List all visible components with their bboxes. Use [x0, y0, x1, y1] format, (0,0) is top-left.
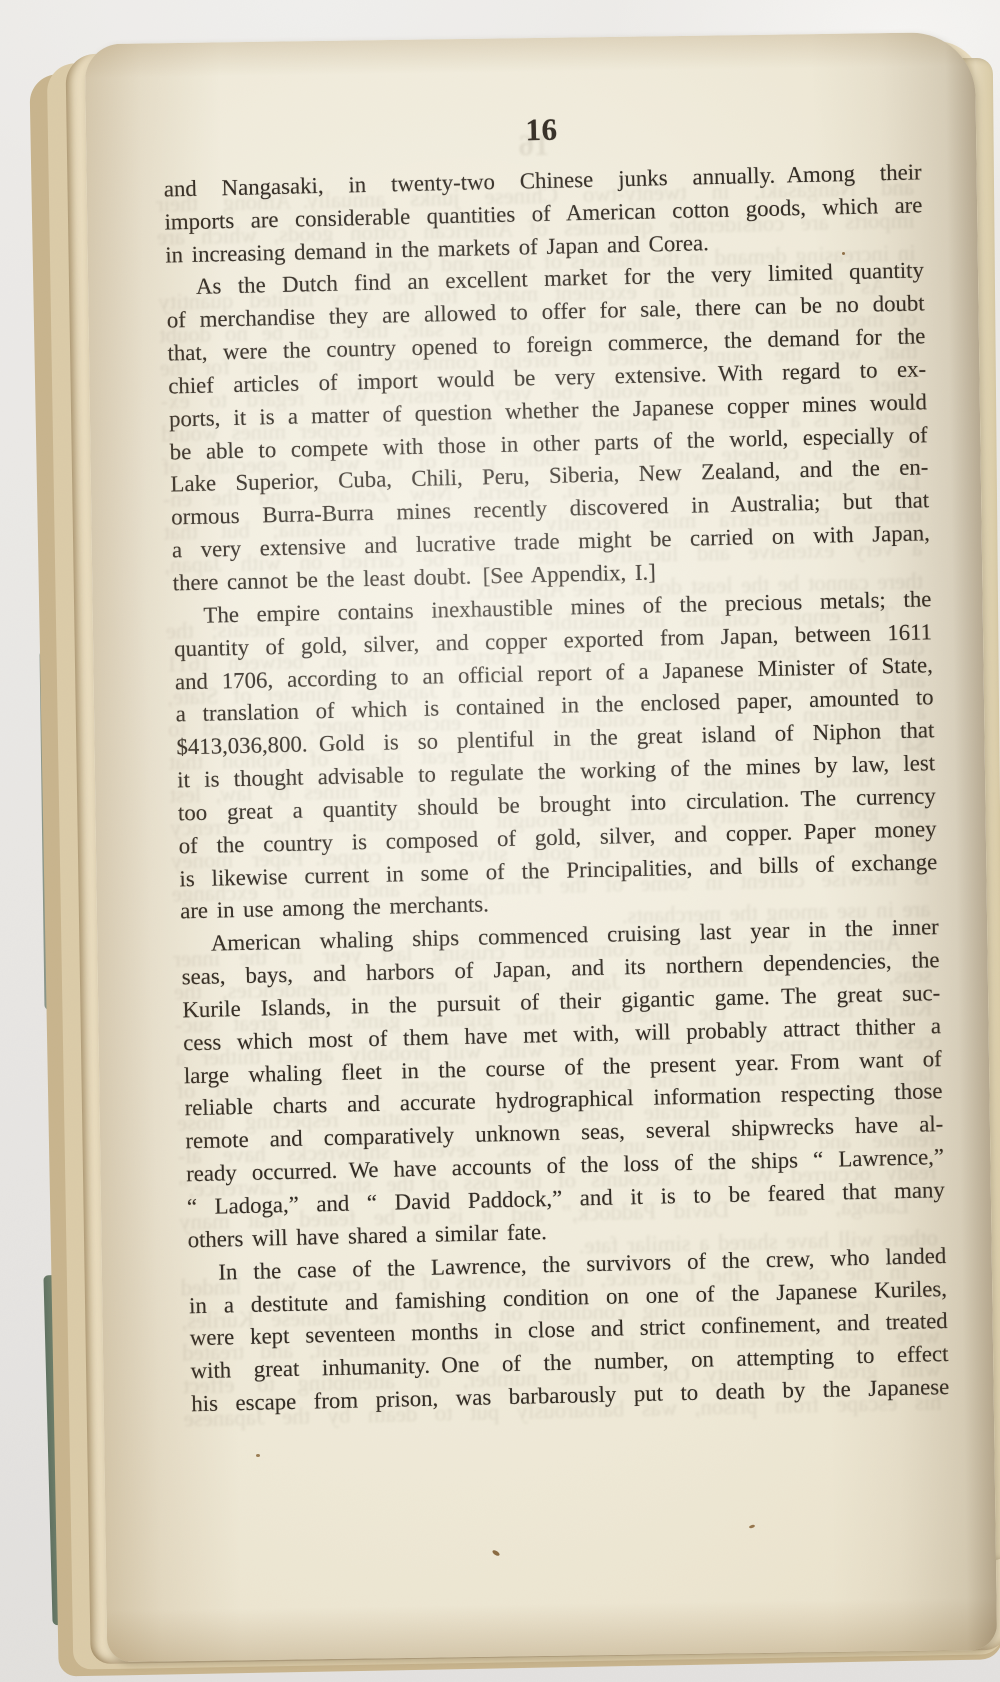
text-block: 16 and Nangasaki, in twenty-two Chinese …	[162, 83, 950, 1421]
paragraph: As the Dutch find an excellent market fo…	[166, 255, 931, 601]
foxing-speck	[256, 1454, 260, 1457]
paragraph: and Nangasaki, in twenty-two Chinese jun…	[163, 156, 923, 272]
paragraph: American whaling ships commenced cruisin…	[181, 911, 946, 1257]
book-page: 16 and Nangasaki, in twenty-two Chinese …	[85, 32, 998, 1662]
page-number: 16	[162, 105, 921, 155]
photo-background: 16 and Nangasaki, in twenty-two Chinese …	[0, 0, 1000, 1682]
paragraph: In the case of the Lawrence, the survivo…	[188, 1240, 950, 1421]
paragraph: The empire contains inexhaustible mines …	[173, 583, 938, 929]
foxing-speck	[842, 252, 845, 255]
